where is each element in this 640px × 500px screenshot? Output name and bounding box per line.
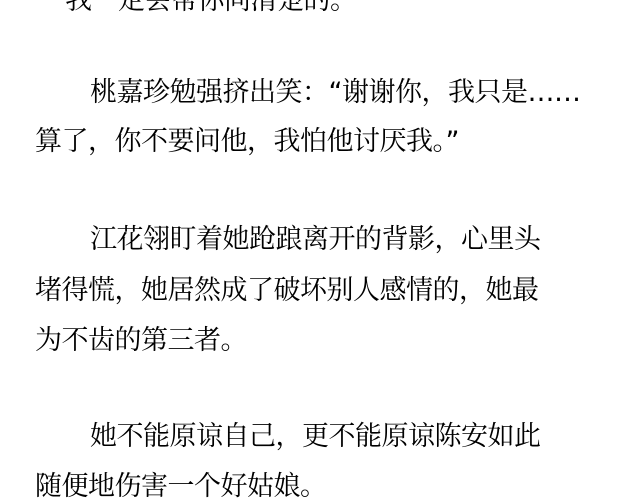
paragraph-line: 为不齿的第三者。	[35, 326, 247, 356]
paragraph-line: 堵得慌，她居然成了破坏别人感情的，她最	[35, 276, 539, 306]
paragraph-line: 算了，你不要问他，我怕他讨厌我。”	[35, 127, 459, 157]
paragraph-line: 随便地伤害一个好姑娘。	[35, 472, 327, 500]
paragraph-line: 我一定会帮你问清楚的。	[65, 0, 357, 16]
paragraph-line: 江花翎盯着她跄踉离开的背影，心里头	[90, 225, 541, 255]
paragraph-line: 桃嘉珍勉强挤出笑：“谢谢你，我只是……	[90, 78, 581, 108]
paragraph-line: 她不能原谅自己，更不能原谅陈安如此	[90, 422, 541, 452]
document-page: 我一定会帮你问清楚的。 桃嘉珍勉强挤出笑：“谢谢你，我只是…… 算了，你不要问他…	[0, 0, 640, 500]
